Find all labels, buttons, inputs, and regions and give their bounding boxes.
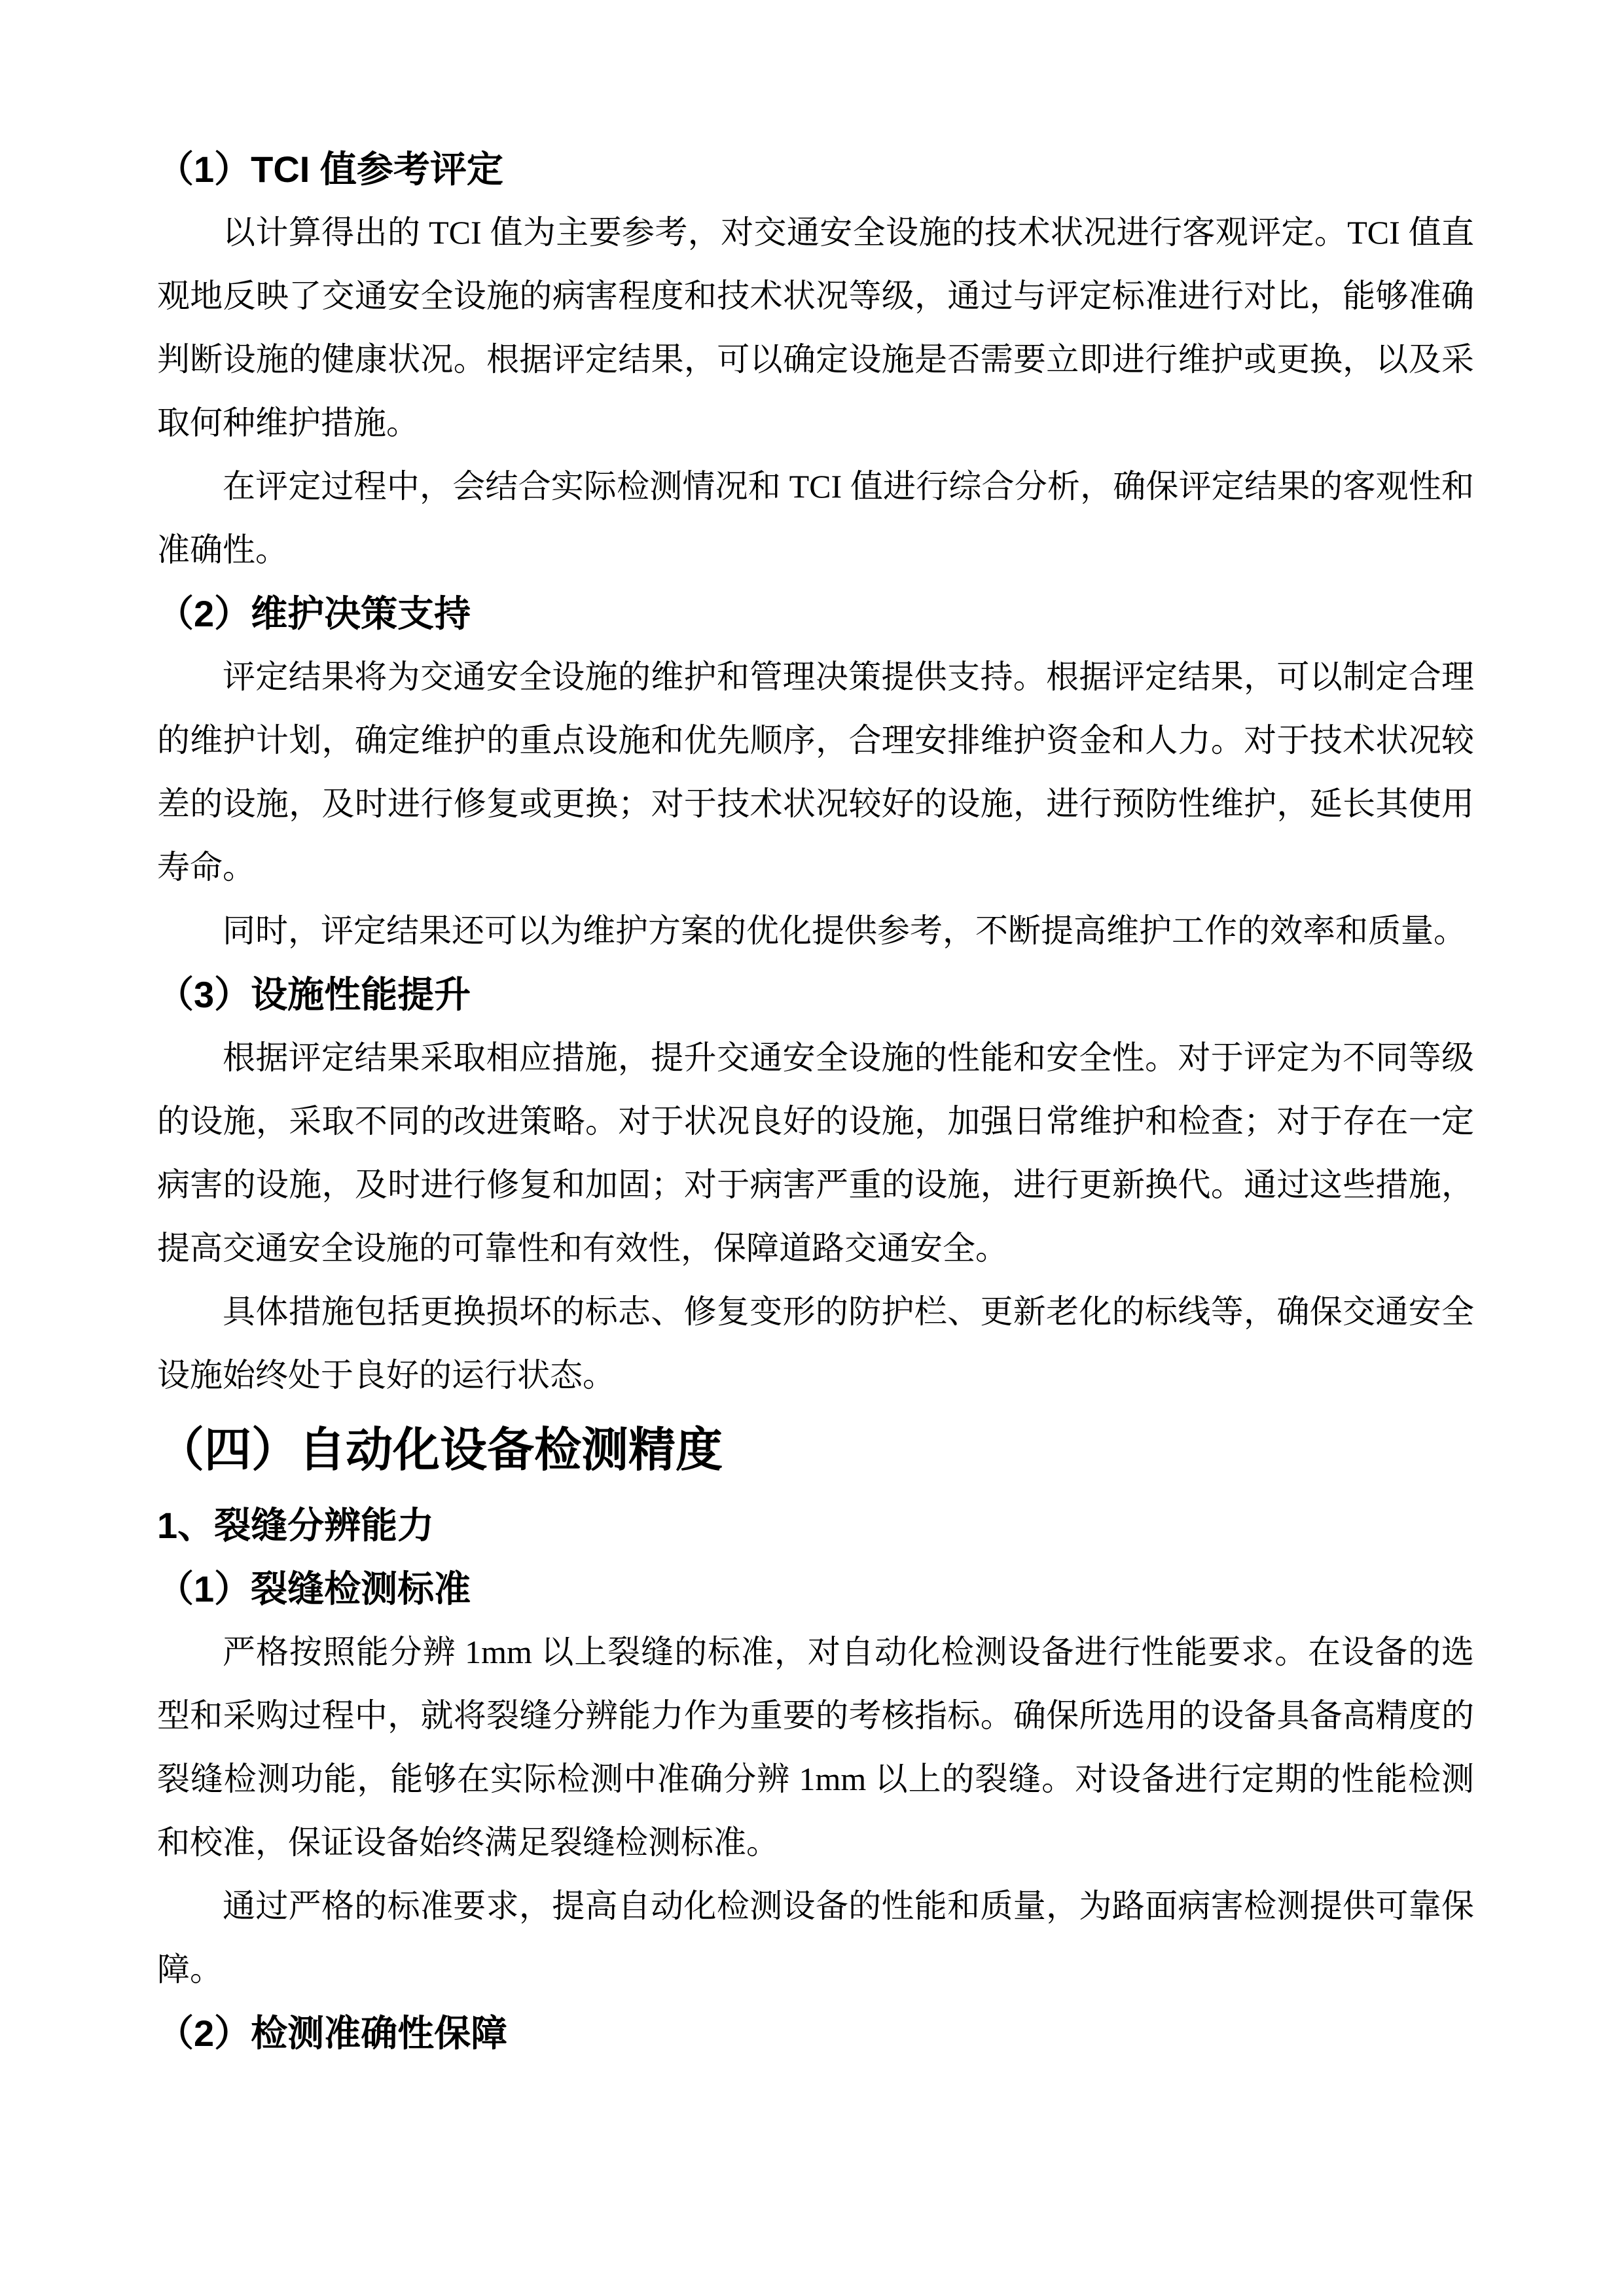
heading-facility-performance: （3）设施性能提升 (157, 963, 1474, 1026)
paragraph: 评定结果将为交通安全设施的维护和管理决策提供支持。根据评定结果，可以制定合理的维… (157, 645, 1474, 899)
document-content: （1）TCI 值参考评定以计算得出的 TCI 值为主要参考，对交通安全设施的技术… (157, 137, 1474, 2065)
paragraph: 以计算得出的 TCI 值为主要参考，对交通安全设施的技术状况进行客观评定。TCI… (157, 201, 1474, 455)
document-page: （1）TCI 值参考评定以计算得出的 TCI 值为主要参考，对交通安全设施的技术… (0, 0, 1624, 2296)
paragraph: 严格按照能分辨 1mm 以上裂缝的标准，对自动化检测设备进行性能要求。在设备的选… (157, 1621, 1474, 1874)
heading-automation-detection-accuracy: （四）自动化设备检测精度 (157, 1407, 1474, 1494)
heading-tci-reference-rating: （1）TCI 值参考评定 (157, 137, 1474, 201)
paragraph: 同时，评定结果还可以为维护方案的优化提供参考，不断提高维护工作的效率和质量。 (157, 899, 1474, 963)
heading-maintenance-decision-support: （2）维护决策支持 (157, 582, 1474, 645)
heading-crack-resolution-capability: 1、裂缝分辨能力 (157, 1494, 1474, 1557)
heading-crack-detection-standard: （1）裂缝检测标准 (157, 1557, 1474, 1621)
paragraph: 具体措施包括更换损坏的标志、修复变形的防护栏、更新老化的标线等，确保交通安全设施… (157, 1280, 1474, 1407)
paragraph: 根据评定结果采取相应措施，提升交通安全设施的性能和安全性。对于评定为不同等级的设… (157, 1026, 1474, 1280)
paragraph: 在评定过程中，会结合实际检测情况和 TCI 值进行综合分析，确保评定结果的客观性… (157, 455, 1474, 582)
paragraph: 通过严格的标准要求，提高自动化检测设备的性能和质量，为路面病害检测提供可靠保障。 (157, 1874, 1474, 2001)
heading-detection-accuracy-guarantee: （2）检测准确性保障 (157, 2001, 1474, 2065)
